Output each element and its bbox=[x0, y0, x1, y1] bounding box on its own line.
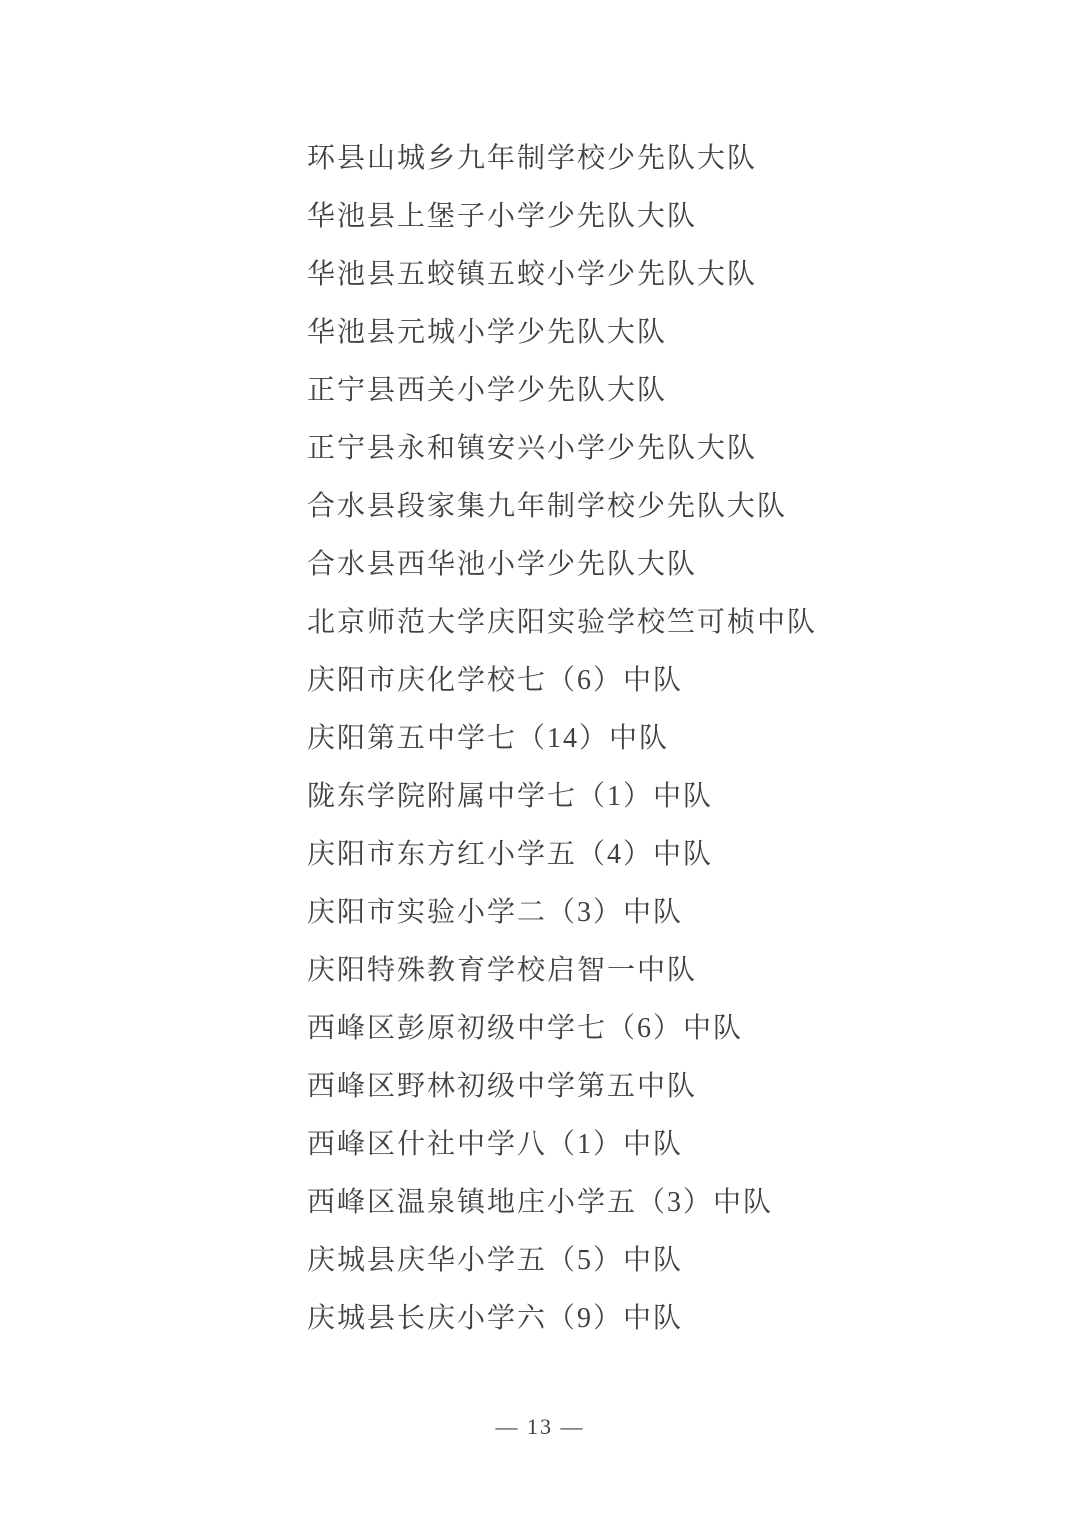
page-number: — 13 — bbox=[0, 1412, 1080, 1442]
list-item: 华池县上堡子小学少先队大队 bbox=[307, 188, 817, 246]
list-item: 西峰区野林初级中学第五中队 bbox=[307, 1058, 817, 1116]
list-item: 合水县段家集九年制学校少先队大队 bbox=[307, 478, 817, 536]
list-item: 西峰区彭原初级中学七（6）中队 bbox=[307, 1000, 817, 1058]
list-item: 庆阳特殊教育学校启智一中队 bbox=[307, 942, 817, 1000]
list-item: 西峰区什社中学八（1）中队 bbox=[307, 1116, 817, 1174]
list-item: 庆阳市实验小学二（3）中队 bbox=[307, 884, 817, 942]
list-item: 庆阳市东方红小学五（4）中队 bbox=[307, 826, 817, 884]
document-page: 环县山城乡九年制学校少先队大队华池县上堡子小学少先队大队华池县五蛟镇五蛟小学少先… bbox=[0, 0, 1080, 1528]
list-item: 正宁县西关小学少先队大队 bbox=[307, 362, 817, 420]
list-item: 环县山城乡九年制学校少先队大队 bbox=[307, 130, 817, 188]
list-item: 华池县五蛟镇五蛟小学少先队大队 bbox=[307, 246, 817, 304]
list-item: 庆阳市庆化学校七（6）中队 bbox=[307, 652, 817, 710]
list-item: 陇东学院附属中学七（1）中队 bbox=[307, 768, 817, 826]
list-item: 庆阳第五中学七（14）中队 bbox=[307, 710, 817, 768]
list-item: 北京师范大学庆阳实验学校竺可桢中队 bbox=[307, 594, 817, 652]
list-item: 合水县西华池小学少先队大队 bbox=[307, 536, 817, 594]
list-item: 西峰区温泉镇地庄小学五（3）中队 bbox=[307, 1174, 817, 1232]
list-item: 庆城县庆华小学五（5）中队 bbox=[307, 1232, 817, 1290]
list-item: 华池县元城小学少先队大队 bbox=[307, 304, 817, 362]
list-item: 庆城县长庆小学六（9）中队 bbox=[307, 1290, 817, 1348]
list-item: 正宁县永和镇安兴小学少先队大队 bbox=[307, 420, 817, 478]
award-team-list: 环县山城乡九年制学校少先队大队华池县上堡子小学少先队大队华池县五蛟镇五蛟小学少先… bbox=[307, 130, 817, 1348]
